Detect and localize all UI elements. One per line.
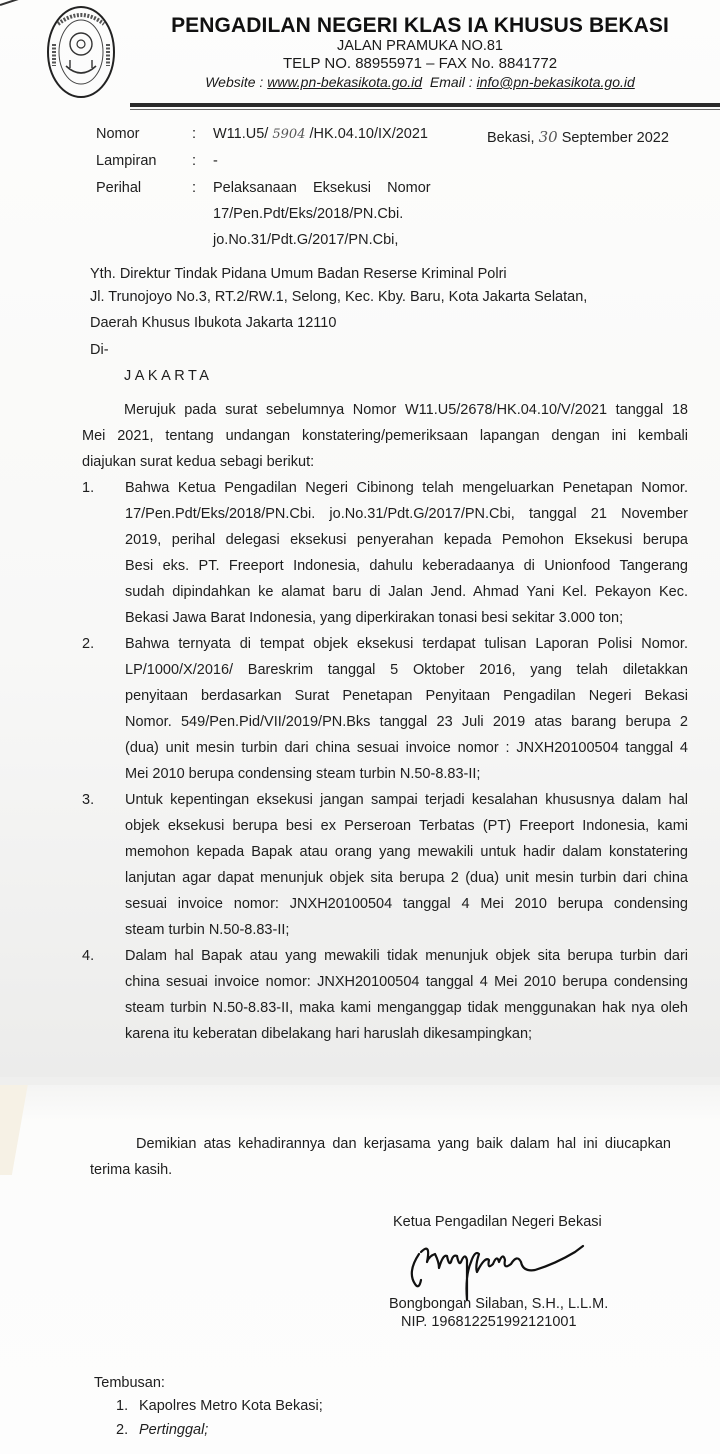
nomor-colon: : xyxy=(192,126,196,142)
intro-line: diajukan surat kedua sebagi berikut: xyxy=(82,452,688,473)
website-label: Website : xyxy=(205,74,267,90)
point-number: 2. xyxy=(82,634,94,655)
point-line: Nomor. 549/Pen.Pid/VII/2019/PN.Bks tangg… xyxy=(125,712,688,733)
perihal-line-3: jo.No.31/Pdt.G/2017/PN.Cbi, xyxy=(213,232,398,248)
point-line: objek eksekusi berupa besi ex Perseroan … xyxy=(125,816,688,837)
lampiran-colon: : xyxy=(192,153,196,169)
point-line: (dua) unit mesin turbin dari china sesua… xyxy=(125,738,688,759)
closing-line: Demikian atas kehadirannya dan kerjasama… xyxy=(136,1134,671,1155)
point-number: 1. xyxy=(82,478,94,499)
point-line: sesuai invoice nomor: JNXH20100504 tangg… xyxy=(125,894,688,915)
point-line: memohon kepada Bapak atau orang yang mew… xyxy=(125,842,688,863)
cc-item-2: Pertinggal; xyxy=(139,1420,208,1441)
point-line: lanjutan agar dapat menunjuk objek sita … xyxy=(125,868,688,889)
perihal-label: Perihal xyxy=(96,180,141,196)
point-number: 4. xyxy=(82,946,94,967)
website-link[interactable]: www.pn-bekasikota.go.id xyxy=(267,74,422,90)
point-line: karena itu keberatan dibelakang hari har… xyxy=(125,1024,688,1045)
paper-corner xyxy=(0,1085,30,1175)
point-line: Mei 2010 berupa condensing steam turbin … xyxy=(125,764,688,785)
point-line: Dalam hal Bapak atau yang mewakili tidak… xyxy=(125,946,688,967)
nomor-label: Nomor xyxy=(96,126,140,142)
intro-line: Mei 2021, tentang undangan konstatering/… xyxy=(82,426,688,447)
page-gap xyxy=(0,1077,720,1085)
cc-label: Tembusan: xyxy=(94,1373,165,1394)
point-line: steam turbin N.50-8.83-II, maka kami men… xyxy=(125,998,688,1019)
letterhead-rule xyxy=(130,103,720,107)
lampiran-value: - xyxy=(213,153,218,169)
court-contacts: Website : www.pn-bekasikota.go.id Email … xyxy=(130,74,710,90)
point-line: 2019, perihal delegasi eksekusi penyerah… xyxy=(125,530,688,551)
court-seal-logo-icon xyxy=(46,4,116,100)
point-line: 17/Pen.Pdt/Eks/2018/PN.Cbi. jo.No.31/Pdt… xyxy=(125,504,688,525)
court-name-title: PENGADILAN NEGERI KLAS IA KHUSUS BEKASI xyxy=(130,14,710,38)
perihal-line-2: 17/Pen.Pdt/Eks/2018/PN.Cbi. xyxy=(213,206,403,222)
nomor-handwritten: 5904 xyxy=(272,127,305,142)
email-label: Email : xyxy=(422,74,476,90)
nomor-suffix: /HK.04.10/IX/2021 xyxy=(310,126,429,142)
court-address: JALAN PRAMUKA NO.81 xyxy=(130,38,710,54)
cc-item-1-number: 1. xyxy=(116,1396,128,1417)
point-line: Bahwa ternyata di tempat objek eksekusi … xyxy=(125,634,688,655)
point-line: steam turbin N.50-8.83-II; xyxy=(125,920,688,941)
recipient-line-2: Jl. Trunojoyo No.3, RT.2/RW.1, Selong, K… xyxy=(90,287,587,308)
cc-item-2-number: 2. xyxy=(116,1420,128,1441)
date-place: Bekasi, xyxy=(487,130,535,146)
nomor-prefix: W11.U5/ xyxy=(213,126,268,142)
point-number: 3. xyxy=(82,790,94,811)
recipient-di: Di- xyxy=(90,340,109,361)
point-line: sudah dipindahkan ke alamat baru di Jala… xyxy=(125,582,688,603)
recipient-city: JAKARTA xyxy=(124,366,212,387)
signatory-nip: NIP. 196812251992121001 xyxy=(401,1312,577,1333)
email-link[interactable]: info@pn-bekasikota.go.id xyxy=(477,74,635,90)
point-line: Bekasi Jawa Barat Indonesia, yang diperk… xyxy=(125,608,688,629)
letter-date: Bekasi, 30 September 2022 xyxy=(487,128,669,146)
point-line: LP/1000/X/2016/ Bareskrim tanggal 5 Okto… xyxy=(125,660,688,681)
signatory-position: Ketua Pengadilan Negeri Bekasi xyxy=(393,1212,602,1233)
point-line: Bahwa Ketua Pengadilan Negeri Cibinong t… xyxy=(125,478,688,499)
letterhead-rule-thin xyxy=(130,109,720,110)
recipient-line-3: Daerah Khusus Ibukota Jakarta 12110 xyxy=(90,313,336,334)
recipient-line-1: Yth. Direktur Tindak Pidana Umum Badan R… xyxy=(90,264,507,285)
cc-item-1: Kapolres Metro Kota Bekasi; xyxy=(139,1396,323,1417)
date-month-year: September 2022 xyxy=(562,130,669,146)
point-line: china sesuai invoice nomor: JNXH20100504… xyxy=(125,972,688,993)
signature-icon xyxy=(405,1232,595,1302)
point-line: Untuk kepentingan eksekusi jangan sampai… xyxy=(125,790,688,811)
point-line: Besi eks. PT. Freeport Indonesia, dahulu… xyxy=(125,556,688,577)
intro-line: Merujuk pada surat sebelumnya Nomor W11.… xyxy=(124,400,688,421)
perihal-line-1: Pelaksanaan Eksekusi Nomor xyxy=(213,180,431,196)
perihal-colon: : xyxy=(192,180,196,196)
court-phone-fax: TELP NO. 88955971 – FAX No. 8841772 xyxy=(130,55,710,72)
date-day-handwritten: 30 xyxy=(539,128,558,146)
nomor-value: W11.U5/ 5904 /HK.04.10/IX/2021 xyxy=(213,126,428,142)
point-line: penyitaan berdasarkan Surat Penetapan Pe… xyxy=(125,686,688,707)
lampiran-label: Lampiran xyxy=(96,153,156,169)
closing-line: terima kasih. xyxy=(90,1160,172,1181)
